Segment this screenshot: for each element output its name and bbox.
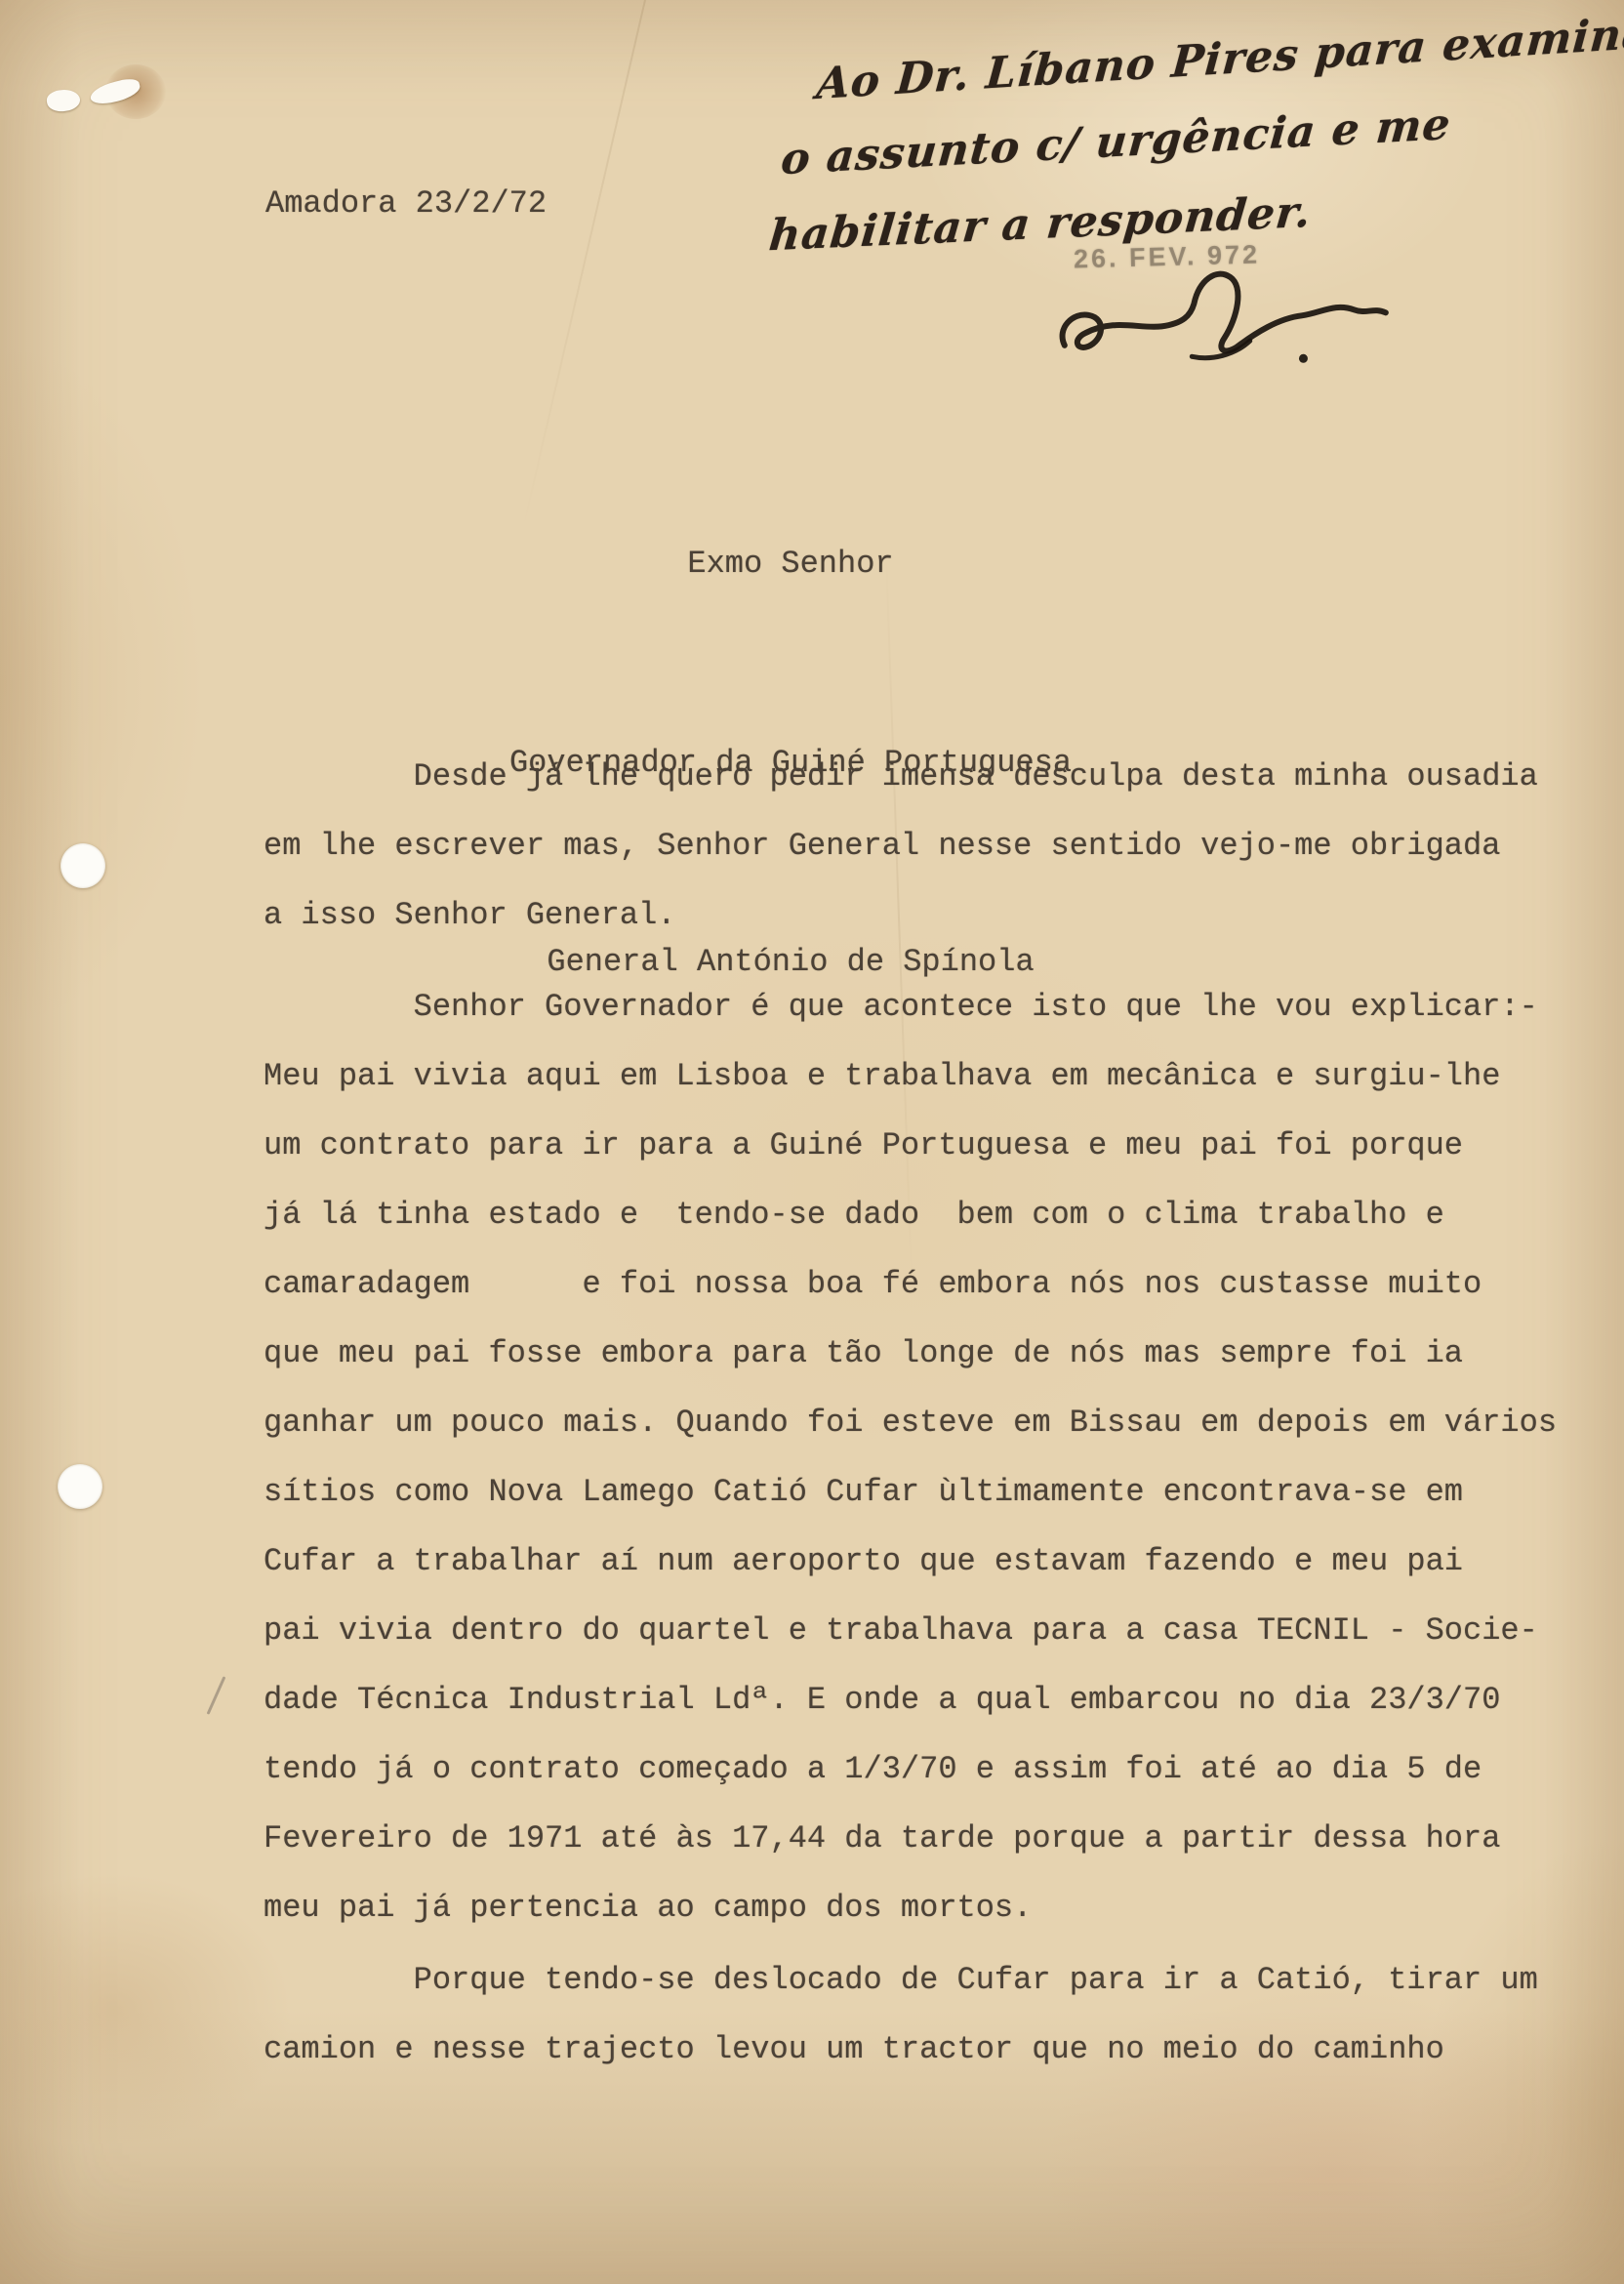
typed-line: pai vivia dentro do quartel e trabalhava… [264,1596,1591,1665]
handwritten-note-line-1: Ao Dr. Líbano Pires para examinar [815,7,1624,109]
typed-line: dade Técnica Industrial Ldª. E onde a qu… [264,1665,1591,1734]
typed-line: camaradagem e foi nossa boa fé embora nó… [264,1249,1591,1319]
typed-line: sítios como Nova Lamego Catió Cufar ùlti… [264,1457,1591,1527]
typed-line: que meu pai fosse embora para tão longe … [264,1319,1591,1388]
typed-line: Porque tendo-se deslocado de Cufar para … [264,1945,1591,2015]
typed-line: ganhar um pouco mais. Quando foi esteve … [264,1388,1591,1457]
typed-line: já lá tinha estado e tendo-se dado bem c… [264,1180,1591,1249]
typed-line: Senhor Governador é que acontece isto qu… [264,972,1591,1041]
typed-line: Desde já lhe quero pedir imensa desculpa… [264,742,1591,811]
punch-hole-lower [58,1464,102,1509]
recipient-salutation: Exmo Senhor [410,531,1171,597]
typed-line: meu pai já pertencia ao campo dos mortos… [264,1873,1591,1942]
typed-line: camion e nesse trajecto levou um tractor… [264,2015,1591,2084]
staple-tear-mark [46,88,82,114]
punch-hole-upper [61,843,105,888]
body-paragraph-3: Porque tendo-se deslocado de Cufar para … [264,1945,1591,2084]
handwritten-signature [1044,258,1409,383]
body-paragraph-2: Senhor Governador é que acontece isto qu… [264,972,1591,1942]
body-paragraph-1: Desde já lhe quero pedir imensa desculpa… [264,742,1591,950]
typed-line: um contrato para ir para a Guiné Portugu… [264,1111,1591,1180]
typed-line: a isso Senhor General. [264,880,1591,950]
pencil-slash-mark [207,1676,226,1715]
typed-line: Fevereiro de 1971 até às 17,44 da tarde … [264,1804,1591,1873]
typed-line: Meu pai vivia aqui em Lisboa e trabalhav… [264,1041,1591,1111]
typed-line: em lhe escrever mas, Senhor General ness… [264,811,1591,880]
handwritten-note-line-2: o assunto c/ urgência e me [779,100,1453,184]
letter-page: Ao Dr. Líbano Pires para examinar o assu… [0,0,1624,2284]
typed-line: Cufar a trabalhar aí num aeroporto que e… [264,1527,1591,1596]
letter-date: Amadora 23/2/72 [265,185,547,222]
typed-line: tendo já o contrato começado a 1/3/70 e … [264,1734,1591,1804]
